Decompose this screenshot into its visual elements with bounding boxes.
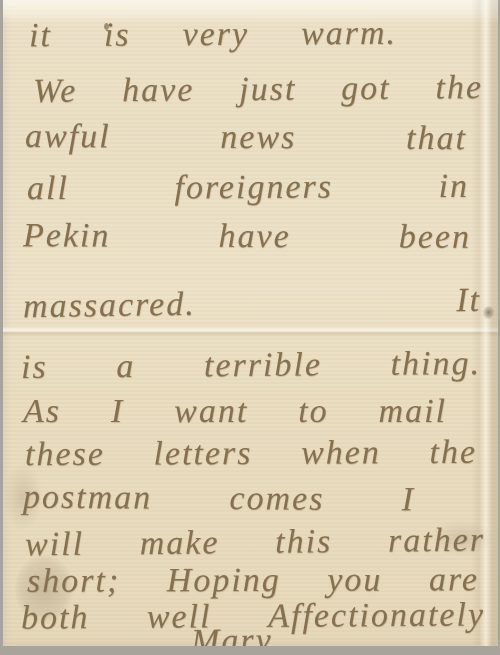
signature: Mary. — [191, 621, 342, 646]
handwritten-line: will make this rather — [25, 522, 485, 564]
horizontal-fold-crease — [3, 326, 498, 338]
handwritten-line: massacred. It — [23, 282, 481, 326]
handwritten-line: is a terrible thing. — [21, 345, 481, 386]
handwritten-line: it is very warm. — [29, 15, 397, 55]
handwritten-line: Pekin have been — [23, 217, 471, 256]
handwritten-line: We have just got the — [33, 69, 483, 110]
handwritten-line: postman comes I — [23, 479, 415, 519]
letter-paper: it is very warm. We have just got the aw… — [3, 0, 498, 646]
handwritten-line: all foreigners in — [27, 168, 469, 208]
scan-background: { "letter": { "description_label": "hand… — [0, 0, 500, 655]
handwritten-line: As I want to mail — [23, 393, 447, 430]
handwritten-line: awful news that — [25, 118, 467, 158]
handwritten-line: these letters when the — [25, 434, 477, 474]
handwritten-line: short; Hoping you are — [27, 561, 479, 600]
